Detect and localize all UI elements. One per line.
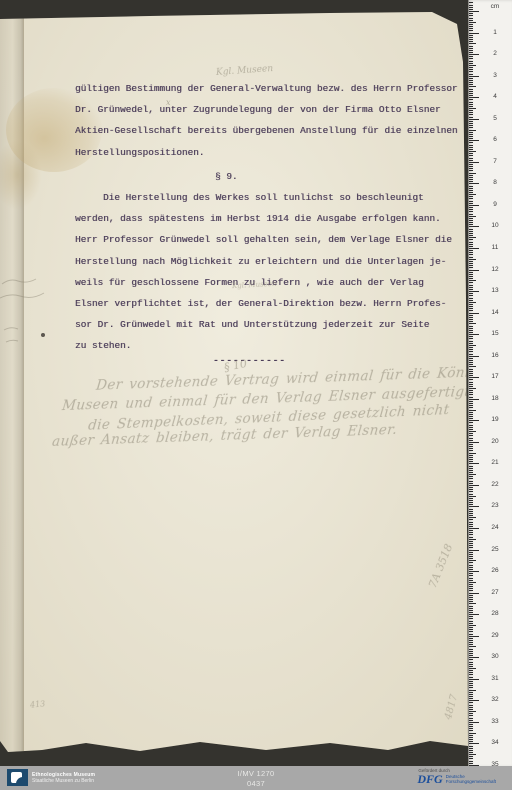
ruler-tick — [469, 657, 479, 658]
ruler-tick — [469, 9, 473, 10]
ruler-tick — [469, 450, 473, 451]
ruler-tick — [469, 102, 473, 103]
ruler-tick — [469, 448, 473, 449]
ruler-tick — [469, 205, 479, 206]
ruler-tick — [469, 194, 476, 195]
ruler-cm-label: 14 — [486, 309, 504, 316]
ruler-tick — [469, 338, 473, 339]
ruler-cm-label: 24 — [486, 524, 504, 531]
ruler-tick — [469, 394, 473, 395]
ruler-tick — [469, 539, 476, 540]
ruler-tick — [469, 119, 479, 120]
ruler-tick — [469, 371, 473, 372]
ruler-tick — [469, 659, 473, 660]
ruler-tick — [469, 616, 473, 617]
ruler-tick — [469, 515, 473, 516]
ruler-tick — [469, 22, 476, 23]
ruler-tick — [469, 410, 476, 411]
ruler-tick — [469, 730, 473, 731]
ruler-tick — [469, 459, 473, 460]
ruler-tick — [469, 422, 473, 423]
ruler-tick — [469, 638, 473, 639]
ruler-tick — [469, 99, 473, 100]
ruler-tick — [469, 519, 473, 520]
ruler-tick — [469, 254, 473, 255]
ruler-tick — [469, 662, 473, 663]
ruler-tick — [469, 405, 473, 406]
ruler-tick — [469, 276, 473, 277]
typed-line: gültigen Bestimmung der General-Verwaltu… — [75, 78, 459, 99]
ruler-cm-label: 18 — [486, 395, 504, 402]
ruler-tick — [469, 211, 473, 212]
ruler-tick — [469, 52, 473, 53]
ruler-tick — [469, 707, 473, 708]
typed-line: Elsner verpflichtet ist, der General-Dir… — [75, 293, 459, 314]
ruler-tick — [469, 336, 473, 337]
ruler-tick — [469, 48, 473, 49]
ruler-tick — [469, 687, 473, 688]
ruler-cm-label: 10 — [486, 222, 504, 229]
ruler-tick — [469, 634, 473, 635]
ruler-tick — [469, 511, 473, 512]
pencil-note-above-line1: Kgl. Museen — [216, 64, 274, 78]
ruler-tick — [469, 494, 473, 495]
ruler-tick — [469, 233, 473, 234]
ruler-tick — [469, 608, 473, 609]
ruler-tick — [469, 35, 473, 36]
ruler-tick — [469, 239, 473, 240]
ruler-tick — [469, 761, 473, 762]
ruler-tick — [469, 216, 476, 217]
ruler-tick — [469, 310, 473, 311]
ruler-cm-label: 21 — [486, 459, 504, 466]
ruler-tick — [469, 606, 473, 607]
ruler-tick — [469, 272, 473, 273]
ruler-tick — [469, 181, 473, 182]
ruler-tick — [469, 93, 473, 94]
ruler-tick — [469, 756, 473, 757]
ruler-tick — [469, 207, 473, 208]
ruler-tick — [469, 306, 473, 307]
ruler-tick — [469, 196, 473, 197]
ruler-tick — [469, 601, 473, 602]
ruler-tick — [469, 614, 479, 615]
ruler-tick — [469, 24, 473, 25]
ruler-cm-label: 1 — [486, 29, 504, 36]
ruler-tick — [469, 435, 473, 436]
ruler-tick — [469, 330, 473, 331]
ruler-tick — [469, 173, 476, 174]
ruler-tick — [469, 457, 473, 458]
ruler-tick — [469, 636, 479, 637]
ruler-tick — [469, 666, 473, 667]
ruler-tick — [469, 433, 473, 434]
ruler-tick — [469, 319, 473, 320]
ruler-tick — [469, 308, 473, 309]
ruler-tick — [469, 123, 473, 124]
ruler-tick — [469, 487, 473, 488]
ruler-tick — [469, 149, 473, 150]
ruler-tick — [469, 552, 473, 553]
ruler-tick — [469, 190, 473, 191]
ruler-tick — [469, 627, 473, 628]
ruler-tick — [469, 198, 473, 199]
ruler-tick — [469, 78, 473, 79]
ruler-tick — [469, 442, 479, 443]
ruler-tick — [469, 412, 473, 413]
ruler-tick — [469, 425, 473, 426]
ruler-tick — [469, 668, 476, 669]
ruler-tick — [469, 263, 473, 264]
ruler-tick — [469, 250, 473, 251]
typed-line: Herstellung nach Möglichkeit zu erleicht… — [75, 251, 459, 272]
ruler-cm-label: 34 — [486, 739, 504, 746]
ruler-tick — [469, 623, 473, 624]
ruler-tick — [469, 649, 473, 650]
ruler-tick — [469, 621, 473, 622]
typed-line: werden, dass spätestens im Herbst 1914 d… — [75, 208, 459, 229]
ruler-tick — [469, 334, 479, 335]
ruler-tick — [469, 274, 473, 275]
typed-line: Aktien-Gesellschaft bereits übergebenen … — [75, 120, 459, 141]
ruler-tick — [469, 386, 473, 387]
ruler-tick — [469, 599, 473, 600]
ruler-tick — [469, 291, 479, 292]
ruler-tick — [469, 384, 473, 385]
ruler-tick — [469, 468, 473, 469]
ruler-tick — [469, 500, 473, 501]
ruler-tick — [469, 114, 473, 115]
ruler-tick — [469, 392, 473, 393]
ruler-tick — [469, 46, 473, 47]
ruler-tick — [469, 390, 473, 391]
ruler-tick — [469, 2, 473, 3]
ruler-tick — [469, 674, 473, 675]
pencil-insert-mark: x — [166, 98, 171, 107]
ruler-tick — [469, 713, 473, 714]
ruler-tick — [469, 285, 473, 286]
ruler-tick — [469, 733, 476, 734]
ruler-tick — [469, 429, 473, 430]
ruler-tick — [469, 388, 476, 389]
ruler-tick — [469, 97, 479, 98]
ruler-tick — [469, 416, 473, 417]
ruler-tick — [469, 382, 473, 383]
ruler-tick — [469, 431, 476, 432]
ruler-tick — [469, 145, 473, 146]
ruler-tick — [469, 502, 473, 503]
ruler-tick — [469, 140, 479, 141]
ruler-tick — [469, 209, 473, 210]
ruler: cm12345678910111213141516171819202122232… — [468, 0, 512, 767]
ruler-tick — [469, 354, 473, 355]
ruler-tick — [469, 453, 476, 454]
dfg-branding: Gefördert durch DFG Deutsche Forschungsg… — [417, 768, 496, 785]
ruler-tick — [469, 130, 476, 131]
ruler-tick — [469, 556, 473, 557]
ruler-tick — [469, 758, 473, 759]
ruler-tick — [469, 750, 473, 751]
ruler-tick — [469, 683, 473, 684]
ruler-tick — [469, 724, 473, 725]
ruler-tick — [469, 726, 473, 727]
ruler-tick — [469, 562, 473, 563]
ruler-tick — [469, 567, 473, 568]
ruler-tick — [469, 76, 479, 77]
ruler-tick — [469, 95, 473, 96]
ruler-tick — [469, 341, 473, 342]
ruler-tick — [469, 201, 473, 202]
ruler-tick — [469, 629, 473, 630]
ruler-tick — [469, 86, 476, 87]
ruler-tick — [469, 278, 473, 279]
ruler-tick — [469, 265, 473, 266]
ruler-tick — [469, 752, 473, 753]
ruler-tick — [469, 224, 473, 225]
ruler-tick — [469, 569, 473, 570]
ruler-tick — [469, 332, 473, 333]
ruler-tick — [469, 177, 473, 178]
ruler-tick — [469, 590, 473, 591]
ruler-tick — [469, 401, 473, 402]
ruler-tick — [469, 351, 473, 352]
ruler-tick — [469, 364, 473, 365]
ruler-tick — [469, 550, 479, 551]
ruler-cm-label: 8 — [486, 179, 504, 186]
ruler-tick — [469, 709, 473, 710]
ruler-tick — [469, 541, 473, 542]
ruler-cm-label: 12 — [486, 266, 504, 273]
ruler-tick — [469, 30, 473, 31]
ruler-tick — [469, 506, 479, 507]
ruler-tick — [469, 763, 473, 764]
ruler-tick — [469, 496, 476, 497]
ruler-cm-label: 16 — [486, 352, 504, 359]
ruler-tick — [469, 722, 479, 723]
ruler-tick — [469, 104, 473, 105]
ruler-tick — [469, 26, 473, 27]
ruler-tick — [469, 328, 473, 329]
ruler-tick — [469, 20, 473, 21]
typed-line: Die Herstellung des Werkes soll tunlichs… — [75, 187, 459, 208]
ruler-cm-label: 30 — [486, 653, 504, 660]
ruler-tick — [469, 349, 473, 350]
ruler-tick — [469, 575, 473, 576]
ruler-tick — [469, 175, 473, 176]
ruler-tick — [469, 218, 473, 219]
ruler-tick — [469, 670, 473, 671]
ruler-tick — [469, 252, 473, 253]
ruler-tick — [469, 735, 473, 736]
ruler-tick — [469, 166, 473, 167]
ruler-unit-label: cm — [486, 3, 504, 10]
ruler-tick — [469, 84, 473, 85]
ruler-tick — [469, 737, 473, 738]
ruler-tick — [469, 50, 473, 51]
ruler-tick — [469, 644, 473, 645]
typed-line: Herr Professor Grünwedel soll gehalten s… — [75, 229, 459, 250]
ruler-tick — [469, 610, 473, 611]
ruler-tick — [469, 183, 479, 184]
ruler-tick — [469, 509, 473, 510]
ruler-tick — [469, 379, 473, 380]
ruler-tick — [469, 132, 473, 133]
ruler-tick — [469, 170, 473, 171]
ruler-tick — [469, 362, 473, 363]
ruler-tick — [469, 246, 473, 247]
ruler-cm-label: 20 — [486, 438, 504, 445]
ruler-tick — [469, 537, 473, 538]
ruler-tick — [469, 345, 476, 346]
ruler-tick — [469, 67, 473, 68]
ruler-tick — [469, 664, 473, 665]
ruler-tick — [469, 153, 473, 154]
ruler-tick — [469, 504, 473, 505]
ruler-tick — [469, 478, 473, 479]
ruler-tick — [469, 162, 479, 163]
ruler-tick — [469, 33, 479, 34]
ruler-tick — [469, 298, 473, 299]
ruler-tick — [469, 356, 479, 357]
ruler-tick — [469, 420, 479, 421]
ruler-tick — [469, 580, 473, 581]
ruler-tick — [469, 528, 479, 529]
ruler-tick — [469, 323, 476, 324]
ruler-tick — [469, 61, 473, 62]
ruler-tick — [469, 56, 473, 57]
ruler-cm-label: 15 — [486, 330, 504, 337]
typed-line: sor Dr. Grünwedel mit Rat und Unterstütz… — [75, 314, 459, 335]
ruler-tick — [469, 127, 473, 128]
ruler-tick — [469, 192, 473, 193]
ruler-tick — [469, 5, 473, 6]
ruler-tick — [469, 220, 473, 221]
ruler-tick — [469, 651, 473, 652]
ruler-cm-label: 25 — [486, 546, 504, 553]
ruler-cm-label: 17 — [486, 373, 504, 380]
ruler-tick — [469, 15, 473, 16]
ruler-tick — [469, 584, 473, 585]
ruler-cm-label: 29 — [486, 632, 504, 639]
ruler-tick — [469, 18, 473, 19]
ruler-tick — [469, 681, 473, 682]
ruler-tick — [469, 554, 473, 555]
ruler-tick — [469, 522, 473, 523]
ruler-tick — [469, 37, 473, 38]
ruler-tick — [469, 440, 473, 441]
ruler-cm-label: 11 — [486, 244, 504, 251]
ruler-tick — [469, 321, 473, 322]
ruler-tick — [469, 532, 473, 533]
ruler-tick — [469, 653, 473, 654]
ruler-cm-label: 26 — [486, 567, 504, 574]
ruler-tick — [469, 134, 473, 135]
ruler-tick — [469, 481, 473, 482]
ruler-tick — [469, 582, 476, 583]
ruler-tick — [469, 304, 473, 305]
ruler-tick — [469, 125, 473, 126]
ruler-tick — [469, 235, 473, 236]
ruler-tick — [469, 685, 473, 686]
ruler-tick — [469, 108, 476, 109]
ruler-tick — [469, 586, 473, 587]
ruler-tick — [469, 300, 473, 301]
typed-text-block: gültigen Bestimmung der General-Verwaltu… — [75, 78, 459, 371]
ruler-tick — [469, 106, 473, 107]
ruler-tick — [469, 741, 473, 742]
ruler-tick — [469, 565, 473, 566]
ruler-tick — [469, 222, 473, 223]
ruler-tick — [469, 513, 473, 514]
ruler-tick — [469, 642, 473, 643]
ruler-tick — [469, 474, 476, 475]
ruler-tick — [469, 39, 473, 40]
ruler-tick — [469, 597, 473, 598]
ruler-tick — [469, 168, 473, 169]
ruler-tick — [469, 461, 473, 462]
ruler-tick — [469, 483, 473, 484]
ruler-cm-label: 4 — [486, 93, 504, 100]
ruler-tick — [469, 11, 479, 12]
ruler-tick — [469, 43, 476, 44]
ruler-tick — [469, 80, 473, 81]
pencil-side-note-upper: 7A 3518 — [426, 542, 455, 590]
ruler-tick — [469, 244, 473, 245]
ruler-tick — [469, 748, 473, 749]
ruler-tick — [469, 530, 473, 531]
ruler-tick — [469, 179, 473, 180]
ruler-cm-label: 2 — [486, 50, 504, 57]
ruler-tick — [469, 418, 473, 419]
ruler-tick — [469, 71, 473, 72]
ruler-tick — [469, 261, 473, 262]
ruler-tick — [469, 672, 473, 673]
ruler-tick — [469, 526, 473, 527]
ruler-tick — [469, 407, 473, 408]
ruler-cm-label: 33 — [486, 718, 504, 725]
ruler-cm-label: 28 — [486, 610, 504, 617]
ruler-tick — [469, 293, 473, 294]
ruler-tick — [469, 343, 473, 344]
ruler-tick — [469, 373, 473, 374]
ruler-tick — [469, 702, 473, 703]
ruler-tick — [469, 203, 473, 204]
document-page: gültigen Bestimmung der General-Verwaltu… — [0, 0, 512, 790]
ruler-tick — [469, 739, 473, 740]
ruler-tick — [469, 560, 476, 561]
ruler-tick — [469, 489, 473, 490]
ruler-tick — [469, 82, 473, 83]
ruler-tick — [469, 41, 473, 42]
ruler-tick — [469, 74, 473, 75]
ruler-tick — [469, 28, 473, 29]
ruler-tick — [469, 720, 473, 721]
ruler-cm-label: 5 — [486, 115, 504, 122]
marginal-pencil-scribble — [0, 272, 52, 362]
ruler-tick — [469, 267, 473, 268]
ruler-tick — [469, 746, 473, 747]
ruler-tick — [469, 13, 473, 14]
ruler-tick — [469, 295, 473, 296]
ruler-cm-label: 32 — [486, 696, 504, 703]
ruler-tick — [469, 237, 476, 238]
ruler-tick — [469, 466, 473, 467]
ruler-tick — [469, 242, 473, 243]
ruler-tick — [469, 282, 473, 283]
ruler-tick — [469, 377, 479, 378]
ruler-tick — [469, 89, 473, 90]
ruler-tick — [469, 696, 473, 697]
